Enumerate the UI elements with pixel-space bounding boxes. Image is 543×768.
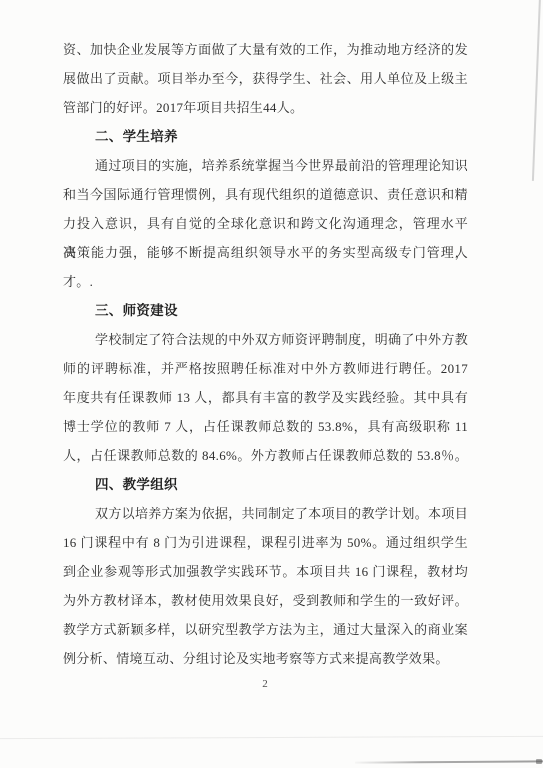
- text-line: 展做出了贡献。项目举办至今，获得学生、社会、用人单位及上级主: [63, 64, 468, 93]
- text-line: 人，占任课教师总数的 84.6%。外方教师占任课教师总数的 53.8％。: [63, 441, 468, 470]
- text-line: 为外方教材译本，教材使用效果良好，受到教师和学生的一致好评。: [63, 586, 468, 615]
- text-line: 资、加快企业发展等方面做了大量有效的工作，为推动地方经济的发: [63, 35, 468, 64]
- text-line: 双方以培养方案为依据，共同制定了本项目的教学计划。本项目: [63, 499, 468, 528]
- text-line: 学校制定了符合法规的中外双方师资评聘制度，明确了中外方教: [63, 325, 468, 354]
- text-line: 力投入意识，具有自觉的全球化意识和跨文化沟通理念，管理水平高，: [63, 209, 468, 238]
- text-line: 教学方式新颖多样，以研究型教学方法为主，通过大量深入的商业案: [63, 615, 468, 644]
- document-body: 资、加快企业发展等方面做了大量有效的工作，为推动地方经济的发 展做出了贡献。项目…: [63, 35, 468, 673]
- section-heading-students: 二、学生培养: [63, 122, 468, 151]
- text-line: 师的评聘标准，并严格按照聘任标准对中外方教师进行聘任。2017: [63, 354, 468, 383]
- text-line: 到企业参观等形式加强教学实践环节。本项目共 16 门课程，教材均: [63, 557, 468, 586]
- scan-artifact-page-edge-shadow: [355, 760, 543, 763]
- text-line: 才。.: [63, 267, 468, 296]
- scan-artifact-faint-line: [0, 736, 543, 739]
- section-heading-faculty: 三、师资建设: [63, 296, 468, 325]
- text-line: 和当今国际通行管理惯例，具有现代组织的道德意识、责任意识和精: [63, 180, 468, 209]
- text-line: 年度共有任课教师 13 人，都具有丰富的教学及实践经验。其中具有: [63, 383, 468, 412]
- page-number: 2: [63, 678, 468, 690]
- text-line: 博士学位的教师 7 人，占任课教师总数的 53.8%，具有高级职称 11: [63, 412, 468, 441]
- scanned-document-page: 资、加快企业发展等方面做了大量有效的工作，为推动地方经济的发 展做出了贡献。项目…: [0, 0, 543, 768]
- text-line: 通过项目的实施，培养系统掌握当今世界最前沿的管理理论知识: [63, 151, 468, 180]
- text-line: 例分析、情境互动、分组讨论及实地考察等方式来提高教学效果。: [63, 644, 468, 673]
- scan-artifact-corner-speck: [536, 759, 542, 764]
- scan-artifact-page-edge: [531, 0, 540, 181]
- text-line: 决策能力强，能够不断提高组织领导水平的务实型高级专门管理人: [63, 238, 468, 267]
- section-heading-teaching: 四、教学组织: [63, 470, 468, 499]
- text-line: 16 门课程中有 8 门为引进课程，课程引进率为 50%。通过组织学生: [63, 528, 468, 557]
- text-line: 管部门的好评。2017年项目共招生44人。: [63, 93, 468, 122]
